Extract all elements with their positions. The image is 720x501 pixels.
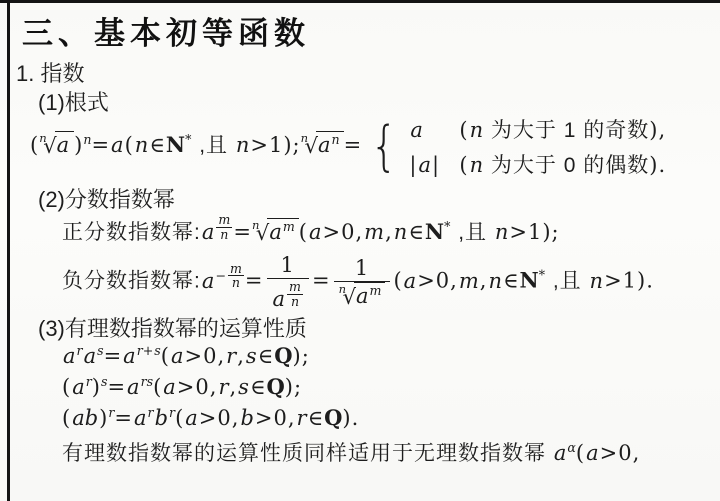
math-number-set: Q xyxy=(267,374,285,399)
math-variable: n xyxy=(134,133,150,157)
math-fraction: mn xyxy=(228,263,244,290)
math-symbol: >1). xyxy=(604,269,654,293)
math-symbol: ( xyxy=(161,344,170,368)
math-symbol: ( xyxy=(30,133,39,157)
math-superscript: m xyxy=(370,283,382,298)
math-variable: a xyxy=(272,287,287,311)
radical-sign-icon: √ xyxy=(343,285,356,309)
math-variable: m xyxy=(218,212,230,227)
math-variable: r xyxy=(296,406,308,430)
math-symbol: >1); xyxy=(509,220,559,244)
radical-radicand: a xyxy=(55,131,75,157)
math-variable: m xyxy=(283,219,295,234)
math-variable: a xyxy=(110,133,125,157)
math-variable: r xyxy=(77,343,83,358)
fraction-denominator: n xyxy=(228,276,244,290)
math-symbol: ∈ xyxy=(308,406,325,430)
math-symbol: ) xyxy=(99,406,108,430)
math-variable: a xyxy=(417,153,432,177)
math-variable: a xyxy=(585,441,600,465)
math-variable: n xyxy=(393,220,409,244)
math-variable: n xyxy=(235,133,251,157)
math-symbol: ( xyxy=(459,153,468,177)
math-variable: a xyxy=(126,375,141,399)
math-radical: n√an xyxy=(301,133,344,157)
math-symbol: − xyxy=(215,268,227,283)
math-superscript: n xyxy=(332,132,340,147)
math-number-set: N xyxy=(425,219,444,244)
math-variable: a xyxy=(308,220,323,244)
cases-brace-icon: { xyxy=(371,122,398,170)
math-symbol: >1); xyxy=(250,133,300,157)
math-symbol: ). xyxy=(342,406,359,430)
math-symbol: ), xyxy=(649,118,666,142)
math-superscript: α xyxy=(567,440,576,455)
math-symbol: ); xyxy=(293,344,310,368)
fraction-numerator: m xyxy=(228,263,244,277)
math-superscript: r xyxy=(148,405,154,420)
math-symbol: ( xyxy=(393,269,402,293)
math-superscript: m xyxy=(283,219,295,234)
fraction-numerator: m xyxy=(287,281,303,295)
math-fraction: mn xyxy=(287,281,303,308)
math-symbol: 1 xyxy=(355,256,369,280)
math-variable: a xyxy=(403,269,418,293)
item-1-exponents: 1. 指数 xyxy=(16,57,84,88)
math-variable: n xyxy=(469,118,485,142)
fraction-numerator: 1 xyxy=(334,256,391,282)
math-radical: n√a xyxy=(39,133,74,157)
math-symbol: >0, xyxy=(600,441,641,465)
math-superscript: mn xyxy=(286,286,304,301)
math-chinese-text: ,且 xyxy=(546,270,589,293)
math-superscript: −mn xyxy=(215,268,245,283)
math-symbol: 1 xyxy=(281,253,295,277)
math-variable: n xyxy=(494,220,510,244)
math-variable: b xyxy=(154,406,169,430)
math-symbol: = xyxy=(344,133,363,157)
math-variable: a xyxy=(268,220,283,244)
math-variable: a xyxy=(184,406,199,430)
math-symbol: = xyxy=(107,375,126,399)
math-variable: r xyxy=(225,344,237,368)
subheading-2-fractional-exponents: (2)分数指数幂 xyxy=(38,183,175,214)
case-value: |a| xyxy=(409,153,459,177)
scan-left-edge-line xyxy=(7,0,10,501)
fraction-denominator: n√am xyxy=(334,282,391,308)
math-chinese-text: 正分数指数幂: xyxy=(62,221,201,244)
math-symbol: ( xyxy=(153,375,162,399)
math-superscript: mn xyxy=(215,219,233,234)
math-symbol: , xyxy=(237,344,245,368)
fraction-denominator: n xyxy=(216,228,232,242)
math-symbol: = xyxy=(104,344,123,368)
math-symbol: ); xyxy=(285,375,302,399)
math-superscript: r xyxy=(77,343,83,358)
math-variable: a xyxy=(409,118,424,142)
formula-power-rule: (ar)s=ars(a>0,r,s∈Q); xyxy=(62,374,302,399)
math-symbol: ( xyxy=(175,406,184,430)
math-symbol: ( xyxy=(576,441,585,465)
math-symbol: >0, xyxy=(177,375,218,399)
formula-positive-fractional-exponent: 正分数指数幂:amn=n√am(a>0,m,n∈N* ,且 n>1); xyxy=(62,214,560,246)
formula-distributive-rule: (ab)r=arbr(a>0,b>0,r∈Q). xyxy=(62,405,359,430)
note-irrational-exponents: 有理数指数幂的运算性质同样适用于无理数指数幂 aα(a>0, xyxy=(62,437,640,467)
math-symbol: = xyxy=(233,220,252,244)
math-number-set: Q xyxy=(274,343,292,368)
cases-column: a(n 为大于 1 的奇数),|a|(n 为大于 0 的偶数). xyxy=(409,114,666,179)
math-chinese-text: ,且 xyxy=(451,221,494,244)
fraction-numerator: m xyxy=(216,214,232,228)
math-radical: n√am xyxy=(252,220,299,244)
math-symbol: ). xyxy=(649,153,666,177)
math-superscript: * xyxy=(539,268,546,283)
math-variable: a xyxy=(71,375,86,399)
math-variable: n xyxy=(469,153,485,177)
math-symbol: , xyxy=(385,220,393,244)
math-variable: m xyxy=(458,269,480,293)
math-variable: a xyxy=(56,133,71,157)
radical-sign-icon: √ xyxy=(305,134,318,158)
math-variable: n xyxy=(291,294,299,309)
radical-sign-icon: √ xyxy=(43,134,56,158)
fraction-denominator: n xyxy=(287,295,303,309)
math-fraction: 1n√am xyxy=(334,256,391,308)
math-chinese-text: 为大于 0 的偶数 xyxy=(484,154,649,177)
math-variable: ab xyxy=(71,406,99,430)
math-symbol: >0, xyxy=(185,344,226,368)
math-symbol: ∈ xyxy=(258,344,275,368)
math-variable: a xyxy=(201,220,216,244)
case-value: a xyxy=(409,118,459,142)
math-variable: a xyxy=(62,344,77,368)
math-variable: n xyxy=(332,132,340,147)
scan-top-edge-line xyxy=(0,0,720,3)
math-variable: m xyxy=(370,283,382,298)
math-fraction: mn xyxy=(216,214,232,241)
math-variable: a xyxy=(133,406,148,430)
math-symbol: ∈ xyxy=(149,133,166,157)
subheading-1-radicals: (1)根式 xyxy=(38,86,109,117)
math-symbol: >0, xyxy=(417,269,458,293)
math-radical: n√am xyxy=(339,284,386,308)
math-variable: n xyxy=(487,269,503,293)
math-variable: α xyxy=(567,440,576,455)
math-chinese-text: 为大于 1 的奇数 xyxy=(484,119,649,142)
math-symbol: * xyxy=(539,268,546,283)
math-symbol: = xyxy=(312,269,331,293)
math-variable: a xyxy=(201,269,216,293)
subheading-3-rational-exponent-properties: (3)有理数指数幂的运算性质 xyxy=(38,312,307,343)
math-number-set: N xyxy=(520,268,539,293)
math-symbol: ∈ xyxy=(503,269,520,293)
math-symbol: | xyxy=(432,153,440,177)
math-symbol: ∈ xyxy=(250,375,267,399)
radical-radicand: an xyxy=(316,131,344,157)
math-symbol: >0, xyxy=(323,220,364,244)
math-variable: n xyxy=(220,227,228,242)
fraction-numerator: 1 xyxy=(267,253,309,279)
math-variable: a xyxy=(162,375,177,399)
scanned-textbook-page: 三、基本初等函数 1. 指数 (1)根式 (n√a)n=a(n∈N* ,且 n>… xyxy=(0,0,720,501)
math-number-set: N xyxy=(166,132,185,157)
math-symbol: ( xyxy=(459,118,468,142)
math-chinese-text: 负分数指数幂: xyxy=(62,270,201,293)
math-variable: m xyxy=(230,261,242,276)
math-symbol: + xyxy=(143,343,155,358)
math-variable: b xyxy=(239,406,254,430)
math-variable: rs xyxy=(141,374,153,389)
math-variable: a xyxy=(317,133,332,157)
math-variable: a xyxy=(170,344,185,368)
case-condition: (n 为大于 0 的偶数). xyxy=(459,149,666,179)
math-symbol: >0, xyxy=(199,406,240,430)
math-variable: m xyxy=(363,220,385,244)
math-variable: a xyxy=(122,344,137,368)
cases-row: |a|(n 为大于 0 的偶数). xyxy=(409,149,666,179)
math-chinese-text: 有理数指数幂的运算性质同样适用于无理数指数幂 xyxy=(62,442,553,465)
math-symbol: ( xyxy=(299,220,308,244)
math-cases: {a(n 为大于 1 的奇数),|a|(n 为大于 0 的偶数). xyxy=(367,114,666,179)
math-superscript: r+s xyxy=(137,343,161,358)
math-symbol: = xyxy=(114,406,133,430)
math-variable: n xyxy=(589,269,605,293)
radical-sign-icon: √ xyxy=(256,221,269,245)
formula-radical-identity: (n√a)n=a(n∈N* ,且 n>1);n√an={a(n 为大于 1 的奇… xyxy=(30,114,666,179)
case-condition: (n 为大于 1 的奇数), xyxy=(459,114,666,144)
math-number-set: Q xyxy=(324,405,342,430)
math-variable: s xyxy=(245,344,258,368)
formula-product-rule: aras=ar+s(a>0,r,s∈Q); xyxy=(62,343,310,368)
radical-radicand: am xyxy=(354,282,385,308)
math-variable: s xyxy=(237,375,250,399)
math-variable: r xyxy=(217,375,229,399)
section-title: 三、基本初等函数 xyxy=(22,8,310,53)
math-variable: a xyxy=(553,441,568,465)
math-symbol: = xyxy=(245,269,264,293)
fraction-denominator: amn xyxy=(267,279,309,311)
formula-negative-fractional-exponent: 负分数指数幂:a−mn=1amn=1n√am(a>0,m,n∈N* ,且 n>1… xyxy=(62,253,654,311)
math-chinese-text: ,且 xyxy=(192,134,235,157)
math-fraction: 1amn xyxy=(267,253,309,311)
math-symbol: ( xyxy=(62,406,71,430)
cases-row: a(n 为大于 1 的奇数), xyxy=(409,114,666,144)
radical-radicand: am xyxy=(267,218,298,244)
math-symbol: ) xyxy=(92,375,101,399)
math-symbol: ) xyxy=(74,133,83,157)
math-variable: r xyxy=(148,405,154,420)
math-variable: a xyxy=(355,284,370,308)
math-symbol: ∈ xyxy=(408,220,425,244)
math-superscript: rs xyxy=(141,374,153,389)
math-symbol: = xyxy=(91,133,110,157)
math-symbol: ( xyxy=(125,133,134,157)
math-variable: a xyxy=(83,344,98,368)
math-symbol: >0, xyxy=(255,406,296,430)
math-symbol: ( xyxy=(62,375,71,399)
math-variable: m xyxy=(289,279,301,294)
math-variable: n xyxy=(232,275,240,290)
